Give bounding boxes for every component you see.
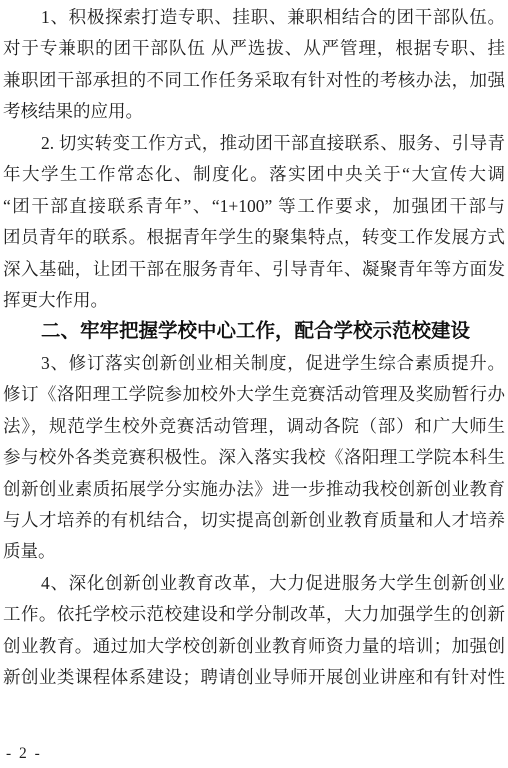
text-line: 3、修订落实创新创业相关制度，促进学生综合素质提升。 [3, 348, 505, 379]
text-line: 挥更大作用。 [3, 285, 505, 316]
text-line: 年大学生工作常态化、制度化。落实团中央关于“大宣传大调研”、 [3, 159, 505, 190]
document-body: 1、积极探索打造专职、挂职、兼职相结合的团干部队伍。 对于专兼职的团干部队伍 从… [3, 2, 505, 694]
text-line: 2. 切实转变工作方式，推动团干部直接联系、服务、引导青 [3, 128, 505, 159]
paragraph-1: 1、积极探索打造专职、挂职、兼职相结合的团干部队伍。 对于专兼职的团干部队伍 从… [3, 2, 505, 128]
paragraph-3: 3、修订落实创新创业相关制度，促进学生综合素质提升。 修订《洛阳理工学院参加校外… [3, 348, 505, 568]
text-line: “团干部直接联系青年”、“1+100” 等工作要求，加强团干部与 [3, 191, 505, 222]
text-line: 与人才培养的有机结合，切实提高创新创业教育质量和人才培养 [3, 505, 505, 536]
paragraph-4: 4、深化创新创业教育改革，大力促进服务大学生创新创业 工作。依托学校示范校建设和… [3, 568, 505, 694]
section-heading-2: 二、牢牢把握学校中心工作，配合学校示范校建设 [3, 316, 505, 347]
text-line: 对于专兼职的团干部队伍 从严选拔、从严管理，根据专职、挂职、 [3, 33, 505, 64]
text-line: 工作。依托学校示范校建设和学分制改革，大力加强学生的创新 [3, 599, 505, 630]
text-line: 修订《洛阳理工学院参加校外大学生竞赛活动管理及奖励暂行办 [3, 379, 505, 410]
text-line: 4、深化创新创业教育改革，大力促进服务大学生创新创业 [3, 568, 505, 599]
text-line: 参与校外各类竞赛积极性。深入落实我校《洛阳理工学院本科生 [3, 442, 505, 473]
text-line: 法》，规范学生校外竞赛活动管理，调动各院（部）和广大师生 [3, 411, 505, 442]
text-line: 兼职团干部承担的不同工作任务采取有针对性的考核办法，加强对 [3, 65, 505, 96]
text-line: 质量。 [3, 536, 505, 567]
page-number: - 2 - [6, 745, 42, 763]
document-page: { "page": { "background_color": "#ffffff… [0, 0, 508, 768]
text-line: 1、积极探索打造专职、挂职、兼职相结合的团干部队伍。 [3, 2, 505, 33]
paragraph-2: 2. 切实转变工作方式，推动团干部直接联系、服务、引导青 年大学生工作常态化、制… [3, 128, 505, 317]
text-line: 考核结果的应用。 [3, 96, 505, 127]
text-line: 深入基础，让团干部在服务青年、引导青年、凝聚青年等方面发 [3, 254, 505, 285]
text-line: 创新创业素质拓展学分实施办法》进一步推动我校创新创业教育 [3, 474, 505, 505]
section-heading: 二、牢牢把握学校中心工作，配合学校示范校建设 [3, 316, 505, 347]
text-line: 创业教育。通过加大学校创新创业教育师资力量的培训；加强创 [3, 631, 505, 662]
text-line: 团员青年的联系。根据青年学生的聚集特点，转变工作发展方式 [3, 222, 505, 253]
text-line: 新创业类课程体系建设；聘请创业导师开展创业讲座和有针对性 [3, 662, 505, 693]
